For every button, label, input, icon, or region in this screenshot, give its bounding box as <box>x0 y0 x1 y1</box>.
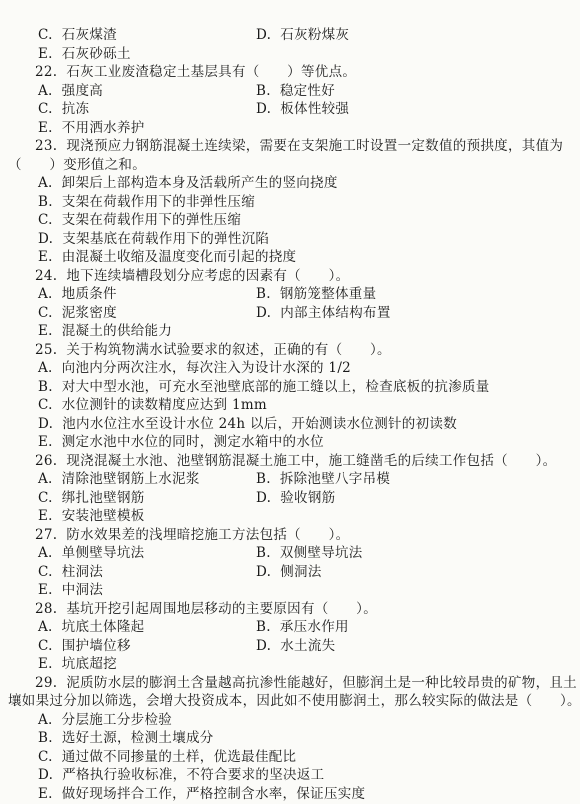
option-row: B.对大中型水池，可充水至池壁底部的施工缝以上，检查底板的抗渗质量 <box>8 378 576 397</box>
option-c: C.水位测针的读数精度应达到 1mm <box>38 396 267 415</box>
option-row: C.水位测针的读数精度应达到 1mm <box>8 396 576 415</box>
option-text: 稳定性好 <box>280 83 335 99</box>
option-text: 做好现场拌合工作，严格控制含水率，保证压实度 <box>62 786 366 802</box>
question-stem-text: 壤如果过分加以筛选，会增大投资成本，因此如不使用膨润土，那么较实际的做法是（ ）… <box>8 693 576 709</box>
option-label: D. <box>38 767 53 783</box>
option-text: 严格执行验收标准，不符合要求的坚决返工 <box>62 767 324 783</box>
option-label: B. <box>38 194 53 210</box>
option-text: 地质条件 <box>62 286 117 302</box>
question-stem-text: 现浇预应力钢筋混凝土连续梁，需要在支架施工时设置一定数值的预拱度，其值为 <box>66 138 563 154</box>
option-row: E.石灰砂砾土 <box>8 45 576 64</box>
question-stem-text: 防水效果差的浅埋暗挖施工方法包括（ ）。 <box>66 527 349 543</box>
option-d: D.池内水位注水至设计水位 24h 以后，开始测读水位测针的初读数 <box>38 415 457 434</box>
option-label: C. <box>38 397 53 413</box>
option-b: B.钢筋笼整体重量 <box>256 285 376 304</box>
option-text: 清除池壁钢筋上水泥浆 <box>62 471 200 487</box>
option-row: C.绑扎池壁钢筋D.验收钢筋 <box>8 489 576 508</box>
question-stem-line: 24.地下连续墙槽段划分应考虑的因素有（ ）。 <box>8 267 576 286</box>
option-label: A. <box>38 545 53 561</box>
option-label: B. <box>256 286 271 302</box>
option-label: E. <box>38 582 53 598</box>
option-label: C. <box>38 564 53 580</box>
option-label: A. <box>38 175 53 191</box>
option-row: A.地质条件B.钢筋笼整体重量 <box>8 285 576 304</box>
option-text: 抗冻 <box>62 101 90 117</box>
option-c: C.泥浆密度 <box>38 304 256 323</box>
option-c: C.石灰煤渣 <box>38 26 256 45</box>
option-label: C. <box>38 212 53 228</box>
option-text: 混凝土的供给能力 <box>62 323 172 339</box>
option-b: B.选好土源，检测土壤成分 <box>38 729 214 748</box>
option-text: 验收钢筋 <box>280 490 335 506</box>
option-e: E.中洞法 <box>38 581 103 600</box>
option-d: D.侧洞法 <box>256 563 322 582</box>
option-row: C.泥浆密度D.内部主体结构布置 <box>8 304 576 323</box>
option-text: 不用洒水养护 <box>62 120 145 136</box>
option-row: A.坑底土体隆起B.承压水作用 <box>8 618 576 637</box>
option-text: 水位测针的读数精度应达到 1mm <box>62 397 267 413</box>
option-text: 通过做不同掺量的土样，优选最佳配比 <box>62 749 297 765</box>
option-d: D.石灰粉煤灰 <box>256 26 349 45</box>
option-text: 安装池壁模板 <box>62 508 145 524</box>
question-number: 26. <box>35 453 57 469</box>
option-text: 承压水作用 <box>280 619 349 635</box>
option-text: 选好土源，检测土壤成分 <box>62 730 214 746</box>
option-text: 分层施工分步检验 <box>62 712 172 728</box>
option-b: B.对大中型水池，可充水至池壁底部的施工缝以上，检查底板的抗渗质量 <box>38 378 490 397</box>
question-block-23: 23.现浇预应力钢筋混凝土连续梁，需要在支架施工时设置一定数值的预拱度，其值为（… <box>8 137 576 267</box>
option-text: 水土流失 <box>280 638 335 654</box>
option-row: C.支架在荷载作用下的弹性压缩 <box>8 211 576 230</box>
option-label: E. <box>38 656 53 672</box>
option-label: E. <box>38 46 53 62</box>
option-text: 单侧壁导坑法 <box>62 545 145 561</box>
option-text: 泥浆密度 <box>62 305 117 321</box>
option-label: B. <box>256 619 271 635</box>
option-text: 支架在荷载作用下的弹性压缩 <box>62 212 241 228</box>
option-label: D. <box>38 231 53 247</box>
option-b: B.双侧壁导坑法 <box>256 544 363 563</box>
option-text: 双侧壁导坑法 <box>280 545 363 561</box>
question-stem-line: （ ）变形值之和。 <box>8 156 576 175</box>
option-row: C.抗冻D.板体性较强 <box>8 100 576 119</box>
option-a: A.清除池壁钢筋上水泥浆 <box>38 470 256 489</box>
option-e: E.安装池壁模板 <box>38 507 145 526</box>
option-row: A.卸架后上部构造本身及活载所产生的竖向挠度 <box>8 174 576 193</box>
option-c: C.抗冻 <box>38 100 256 119</box>
option-label: A. <box>38 360 53 376</box>
question-block-29: 29.泥质防水层的膨润土含量越高抗渗性能越好，但膨润土是一种比较昂贵的矿物，且土… <box>8 674 576 804</box>
option-label: C. <box>38 27 53 43</box>
question-stem-line: 25.关于构筑物满水试验要求的叙述，正确的有（ ）。 <box>8 341 576 360</box>
question-stem-text: 地下连续墙槽段划分应考虑的因素有（ ）。 <box>66 268 349 284</box>
question-number: 24. <box>35 268 57 284</box>
option-c: C.绑扎池壁钢筋 <box>38 489 256 508</box>
option-d: D.验收钢筋 <box>256 489 335 508</box>
option-row: D.严格执行验收标准，不符合要求的坚决返工 <box>8 766 576 785</box>
question-stem-text: 石灰工业废渣稳定土基层具有（ ）等优点。 <box>66 64 356 80</box>
option-row: C.石灰煤渣D.石灰粉煤灰 <box>8 26 576 45</box>
option-row: E.中洞法 <box>8 581 576 600</box>
option-label: B. <box>38 730 53 746</box>
option-label: A. <box>38 83 53 99</box>
question-stem-text: 泥质防水层的膨润土含量越高抗渗性能越好，但膨润土是一种比较昂贵的矿物，且土 <box>66 675 576 691</box>
option-text: 柱洞法 <box>62 564 103 580</box>
question-block-27: 27.防水效果差的浅埋暗挖施工方法包括（ ）。A.单侧壁导坑法B.双侧壁导坑法C… <box>8 526 576 600</box>
option-text: 坑底土体隆起 <box>62 619 145 635</box>
option-a: A.单侧壁导坑法 <box>38 544 256 563</box>
option-text: 侧洞法 <box>280 564 321 580</box>
option-c: C.围护墙位移 <box>38 637 256 656</box>
option-text: 坑底超挖 <box>62 656 117 672</box>
option-text: 拆除池壁八字吊模 <box>280 471 390 487</box>
option-row: A.分层施工分步检验 <box>8 711 576 730</box>
option-row: E.安装池壁模板 <box>8 507 576 526</box>
option-label: B. <box>256 545 271 561</box>
option-label: C. <box>38 490 53 506</box>
question-stem-text: 关于构筑物满水试验要求的叙述，正确的有（ ）。 <box>66 342 390 358</box>
option-row: D.池内水位注水至设计水位 24h 以后，开始测读水位测针的初读数 <box>8 415 576 434</box>
option-d: D.板体性较强 <box>256 100 349 119</box>
option-row: C.围护墙位移D.水土流失 <box>8 637 576 656</box>
question-list: C.石灰煤渣D.石灰粉煤灰E.石灰砂砾土22.石灰工业废渣稳定土基层具有（ ）等… <box>8 26 576 803</box>
option-text: 卸架后上部构造本身及活载所产生的竖向挠度 <box>62 175 338 191</box>
option-label: C. <box>38 305 53 321</box>
option-b: B.稳定性好 <box>256 82 335 101</box>
option-d: D.水土流失 <box>256 637 335 656</box>
question-stem-text: 现浇混凝土水池、池壁钢筋混凝土施工中，施工缝凿毛的后续工作包括（ ）。 <box>66 453 556 469</box>
option-a: A.坑底土体隆起 <box>38 618 256 637</box>
option-label: E. <box>38 120 53 136</box>
option-text: 池内水位注水至设计水位 24h 以后，开始测读水位测针的初读数 <box>62 416 457 432</box>
option-text: 石灰煤渣 <box>62 27 117 43</box>
option-row: E.由混凝土收缩及温度变化而引起的挠度 <box>8 248 576 267</box>
option-text: 测定水池中水位的同时，测定水箱中的水位 <box>62 434 324 450</box>
option-row: B.支架在荷载作用下的非弹性压缩 <box>8 193 576 212</box>
option-label: E. <box>38 786 53 802</box>
option-d: D.内部主体结构布置 <box>256 304 391 323</box>
option-a: A.地质条件 <box>38 285 256 304</box>
option-label: B. <box>38 379 53 395</box>
question-stem-line: 壤如果过分加以筛选，会增大投资成本，因此如不使用膨润土，那么较实际的做法是（ ）… <box>8 692 576 711</box>
option-text: 板体性较强 <box>280 101 349 117</box>
option-a: A.向池内分两次注水，每次注入为设计水深的 1/2 <box>38 359 351 378</box>
option-label: C. <box>38 638 53 654</box>
question-number: 29. <box>35 675 57 691</box>
option-b: B.承压水作用 <box>256 618 349 637</box>
option-row: A.强度高B.稳定性好 <box>8 82 576 101</box>
option-row: B.选好土源，检测土壤成分 <box>8 729 576 748</box>
option-label: D. <box>256 27 271 43</box>
option-text: 绑扎池壁钢筋 <box>62 490 145 506</box>
question-block-22: 22.石灰工业废渣稳定土基层具有（ ）等优点。A.强度高B.稳定性好C.抗冻D.… <box>8 63 576 137</box>
option-row: E.测定水池中水位的同时，测定水箱中的水位 <box>8 433 576 452</box>
option-row: A.向池内分两次注水，每次注入为设计水深的 1/2 <box>8 359 576 378</box>
option-label: A. <box>38 471 53 487</box>
option-e: E.做好现场拌合工作，严格控制含水率，保证压实度 <box>38 785 365 804</box>
question-number: 23. <box>35 138 57 154</box>
option-text: 由混凝土收缩及温度变化而引起的挠度 <box>62 249 297 265</box>
option-text: 向池内分两次注水，每次注入为设计水深的 1/2 <box>62 360 351 376</box>
exam-document-page: C.石灰煤渣D.石灰粉煤灰E.石灰砂砾土22.石灰工业废渣稳定土基层具有（ ）等… <box>0 0 580 804</box>
question-block-26: 26.现浇混凝土水池、池壁钢筋混凝土施工中，施工缝凿毛的后续工作包括（ ）。A.… <box>8 452 576 526</box>
question-stem-line: 27.防水效果差的浅埋暗挖施工方法包括（ ）。 <box>8 526 576 545</box>
option-e: E.测定水池中水位的同时，测定水箱中的水位 <box>38 433 324 452</box>
option-row: E.不用洒水养护 <box>8 119 576 138</box>
question-stem-text: 基坑开挖引起周围地层移动的主要原因有（ ）。 <box>66 601 377 617</box>
option-label: B. <box>256 471 271 487</box>
question-stem-line: 28.基坑开挖引起周围地层移动的主要原因有（ ）。 <box>8 600 576 619</box>
option-b: B.拆除池壁八字吊模 <box>256 470 390 489</box>
option-c: C.柱洞法 <box>38 563 256 582</box>
option-label: D. <box>256 490 271 506</box>
option-label: A. <box>38 286 53 302</box>
option-label: E. <box>38 249 53 265</box>
question-stem-line: 29.泥质防水层的膨润土含量越高抗渗性能越好，但膨润土是一种比较昂贵的矿物，且土 <box>8 674 576 693</box>
option-e: E.由混凝土收缩及温度变化而引起的挠度 <box>38 248 296 267</box>
option-a: A.强度高 <box>38 82 256 101</box>
question-number: 25. <box>35 342 57 358</box>
question-stem-line: 23.现浇预应力钢筋混凝土连续梁，需要在支架施工时设置一定数值的预拱度，其值为 <box>8 137 576 156</box>
option-a: A.卸架后上部构造本身及活载所产生的竖向挠度 <box>38 174 338 193</box>
option-text: 支架在荷载作用下的非弹性压缩 <box>62 194 255 210</box>
question-number: 28. <box>35 601 57 617</box>
option-text: 围护墙位移 <box>62 638 131 654</box>
option-text: 内部主体结构布置 <box>280 305 390 321</box>
question-block-25: 25.关于构筑物满水试验要求的叙述，正确的有（ ）。A.向池内分两次注水，每次注… <box>8 341 576 452</box>
option-label: D. <box>256 101 271 117</box>
option-c: C.支架在荷载作用下的弹性压缩 <box>38 211 241 230</box>
option-text: 支架基底在荷载作用下的弹性沉陷 <box>62 231 269 247</box>
option-label: D. <box>256 564 271 580</box>
question-stem-text: （ ）变形值之和。 <box>8 157 146 173</box>
question-stem-line: 22.石灰工业废渣稳定土基层具有（ ）等优点。 <box>8 63 576 82</box>
option-label: C. <box>38 101 53 117</box>
option-row: D.支架基底在荷载作用下的弹性沉陷 <box>8 230 576 249</box>
option-label: D. <box>38 416 53 432</box>
option-label: A. <box>38 712 53 728</box>
option-row: E.做好现场拌合工作，严格控制含水率，保证压实度 <box>8 785 576 804</box>
option-text: 对大中型水池，可充水至池壁底部的施工缝以上，检查底板的抗渗质量 <box>62 379 490 395</box>
option-label: E. <box>38 508 53 524</box>
question-block-28: 28.基坑开挖引起周围地层移动的主要原因有（ ）。A.坑底土体隆起B.承压水作用… <box>8 600 576 674</box>
question-block-24: 24.地下连续墙槽段划分应考虑的因素有（ ）。A.地质条件B.钢筋笼整体重量C.… <box>8 267 576 341</box>
option-b: B.支架在荷载作用下的非弹性压缩 <box>38 193 255 212</box>
option-row: E.混凝土的供给能力 <box>8 322 576 341</box>
option-row: E.坑底超挖 <box>8 655 576 674</box>
option-e: E.坑底超挖 <box>38 655 117 674</box>
option-label: E. <box>38 323 53 339</box>
option-row: C.柱洞法D.侧洞法 <box>8 563 576 582</box>
option-e: E.不用洒水养护 <box>38 119 145 138</box>
option-c: C.通过做不同掺量的土样，优选最佳配比 <box>38 748 296 767</box>
option-row: A.单侧壁导坑法B.双侧壁导坑法 <box>8 544 576 563</box>
option-label: D. <box>256 305 271 321</box>
question-stem-line: 26.现浇混凝土水池、池壁钢筋混凝土施工中，施工缝凿毛的后续工作包括（ ）。 <box>8 452 576 471</box>
option-label: D. <box>256 638 271 654</box>
option-label: A. <box>38 619 53 635</box>
option-text: 强度高 <box>62 83 103 99</box>
option-label: C. <box>38 749 53 765</box>
option-d: D.严格执行验收标准，不符合要求的坚决返工 <box>38 766 324 785</box>
question-number: 22. <box>35 64 57 80</box>
option-e: E.石灰砂砾土 <box>38 45 131 64</box>
option-text: 石灰粉煤灰 <box>280 27 349 43</box>
option-d: D.支架基底在荷载作用下的弹性沉陷 <box>38 230 269 249</box>
option-text: 钢筋笼整体重量 <box>280 286 377 302</box>
option-label: E. <box>38 434 53 450</box>
option-row: C.通过做不同掺量的土样，优选最佳配比 <box>8 748 576 767</box>
option-label: B. <box>256 83 271 99</box>
option-a: A.分层施工分步检验 <box>38 711 172 730</box>
option-row: A.清除池壁钢筋上水泥浆B.拆除池壁八字吊模 <box>8 470 576 489</box>
option-text: 中洞法 <box>62 582 103 598</box>
question-block-continued: C.石灰煤渣D.石灰粉煤灰E.石灰砂砾土 <box>8 26 576 63</box>
option-e: E.混凝土的供给能力 <box>38 322 172 341</box>
question-number: 27. <box>35 527 57 543</box>
option-text: 石灰砂砾土 <box>62 46 131 62</box>
